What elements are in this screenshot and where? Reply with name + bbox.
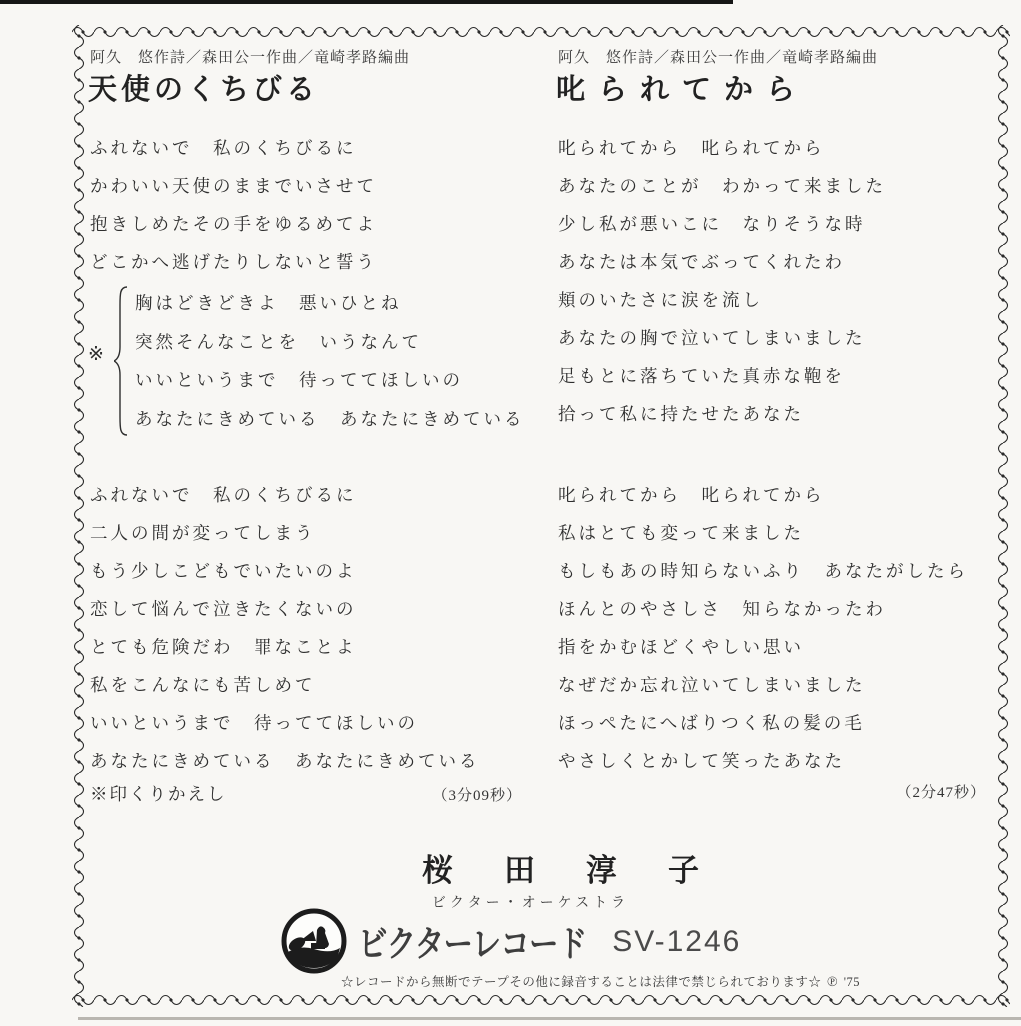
- scan-edge-top: [0, 0, 733, 4]
- lyric-line: 私をこんなにも苦しめて: [90, 666, 480, 704]
- lyric-line: あなたにきめている あなたにきめている: [90, 742, 480, 780]
- lyric-line: 頬のいたさに涙を流し: [558, 281, 886, 319]
- lyric-line: 指をかむほどくやしい思い: [558, 628, 968, 666]
- left-song-footrow: ※印くりかえし （3分09秒）: [90, 781, 522, 806]
- lyric-line: かわいい天使のままでいさせて: [90, 167, 377, 205]
- right-song-verse1: 叱られてから 叱られてからあなたのことが わかって来ました少し私が悪いこに なり…: [558, 129, 886, 433]
- artist-name: 桜 田 淳 子: [110, 845, 1021, 890]
- right-song-footrow: （2分47秒）: [558, 781, 986, 802]
- right-song-credits: 阿久 悠作詩／森田公一作曲／竜崎孝路編曲: [558, 46, 878, 67]
- label-name: ビクターレコード: [358, 916, 586, 967]
- repeat-footnote: ※印くりかえし: [90, 781, 227, 806]
- lyric-line: やさしくとかして笑ったあなた: [558, 742, 968, 780]
- ornamental-border-top: [72, 25, 1010, 39]
- lyric-line: あなたのことが わかって来ました: [558, 167, 886, 205]
- lyric-sheet: 阿久 悠作詩／森田公一作曲／竜崎孝路編曲 天使のくちびる ふれないで 私のくちび…: [0, 0, 1021, 1026]
- right-song-verse2: 叱られてから 叱られてから私はとても変って来ましたもしもあの時知らないふり あな…: [558, 476, 968, 780]
- right-song-duration: （2分47秒）: [896, 785, 986, 801]
- left-song-duration: （3分09秒）: [432, 784, 522, 805]
- scan-edge-bottom: [78, 1017, 1021, 1020]
- lyric-line: ほっぺたにへばりつく私の髪の毛: [558, 704, 968, 742]
- lyric-line: 抱きしめたその手をゆるめてよ: [90, 205, 377, 243]
- copyright-year: '75: [844, 975, 860, 989]
- lyric-line: 叱られてから 叱られてから: [558, 476, 968, 514]
- ornamental-border-left: [72, 25, 86, 1007]
- nipper-gramophone-icon: [280, 907, 348, 975]
- brace-icon: [114, 285, 130, 442]
- lyric-line: 私はとても変って来ました: [558, 514, 968, 552]
- left-song-chorus: 胸はどきどきよ 悪いひとね突然そんなことを いうなんていいというまで 待っててほ…: [135, 284, 525, 438]
- lyric-line: もしもあの時知らないふり あなたがしたら: [558, 552, 968, 590]
- ornamental-border-bottom: [72, 993, 1010, 1007]
- label-row: ビクターレコード SV-1246: [0, 907, 1021, 975]
- lyric-line: とても危険だわ 罪なことよ: [90, 628, 480, 666]
- lyric-line: もう少しこどもでいたいのよ: [90, 552, 480, 590]
- lyric-line: いいというまで 待っててほしいの: [90, 704, 480, 742]
- lyric-line: 恋して悩んで泣きたくないの: [90, 590, 480, 628]
- lyric-line: 二人の間が変ってしまう: [90, 514, 480, 552]
- catalog-number: SV-1246: [612, 923, 741, 959]
- lyric-line: ほんとのやさしさ 知らなかったわ: [558, 590, 968, 628]
- lyric-line: あなたにきめている あなたにきめている: [135, 400, 525, 439]
- lyric-line: 叱られてから 叱られてから: [558, 129, 886, 167]
- left-song-verse1: ふれないで 私のくちびるにかわいい天使のままでいさせて抱きしめたその手をゆるめて…: [90, 129, 377, 281]
- lyric-line: 胸はどきどきよ 悪いひとね: [135, 284, 525, 323]
- lyric-line: あなたは本気でぶってくれたわ: [558, 243, 886, 281]
- lyric-line: 足もとに落ちていた真赤な鞄を: [558, 357, 886, 395]
- lyric-line: 突然そんなことを いうなんて: [135, 323, 525, 362]
- lyric-line: ふれないで 私のくちびるに: [90, 129, 377, 167]
- lyric-line: いいというまで 待っててほしいの: [135, 361, 525, 400]
- lyric-line: なぜだか忘れ泣いてしまいました: [558, 666, 968, 704]
- copyright-line: ☆レコードから無断でテープその他に録音することは法律で禁じられております☆ ℗ …: [180, 972, 1021, 991]
- lyric-line: 拾って私に持たせたあなた: [558, 395, 886, 433]
- copyright-text: ☆レコードから無断でテープその他に録音することは法律で禁じられております☆: [341, 975, 821, 989]
- left-song-credits: 阿久 悠作詩／森田公一作曲／竜崎孝路編曲: [90, 46, 410, 67]
- left-song-verse2: ふれないで 私のくちびるに二人の間が変ってしまうもう少しこどもでいたいのよ恋して…: [90, 476, 480, 780]
- repeat-mark: ※: [88, 343, 104, 366]
- phonogram-mark: ℗: [825, 975, 840, 990]
- right-song-title: 叱られてから: [556, 67, 808, 108]
- lyric-line: どこかへ逃げたりしないと誓う: [90, 243, 377, 281]
- lyric-line: 少し私が悪いこに なりそうな時: [558, 205, 886, 243]
- lyric-line: ふれないで 私のくちびるに: [90, 476, 480, 514]
- lyric-line: あなたの胸で泣いてしまいました: [558, 319, 886, 357]
- left-song-title: 天使のくちびる: [88, 67, 319, 108]
